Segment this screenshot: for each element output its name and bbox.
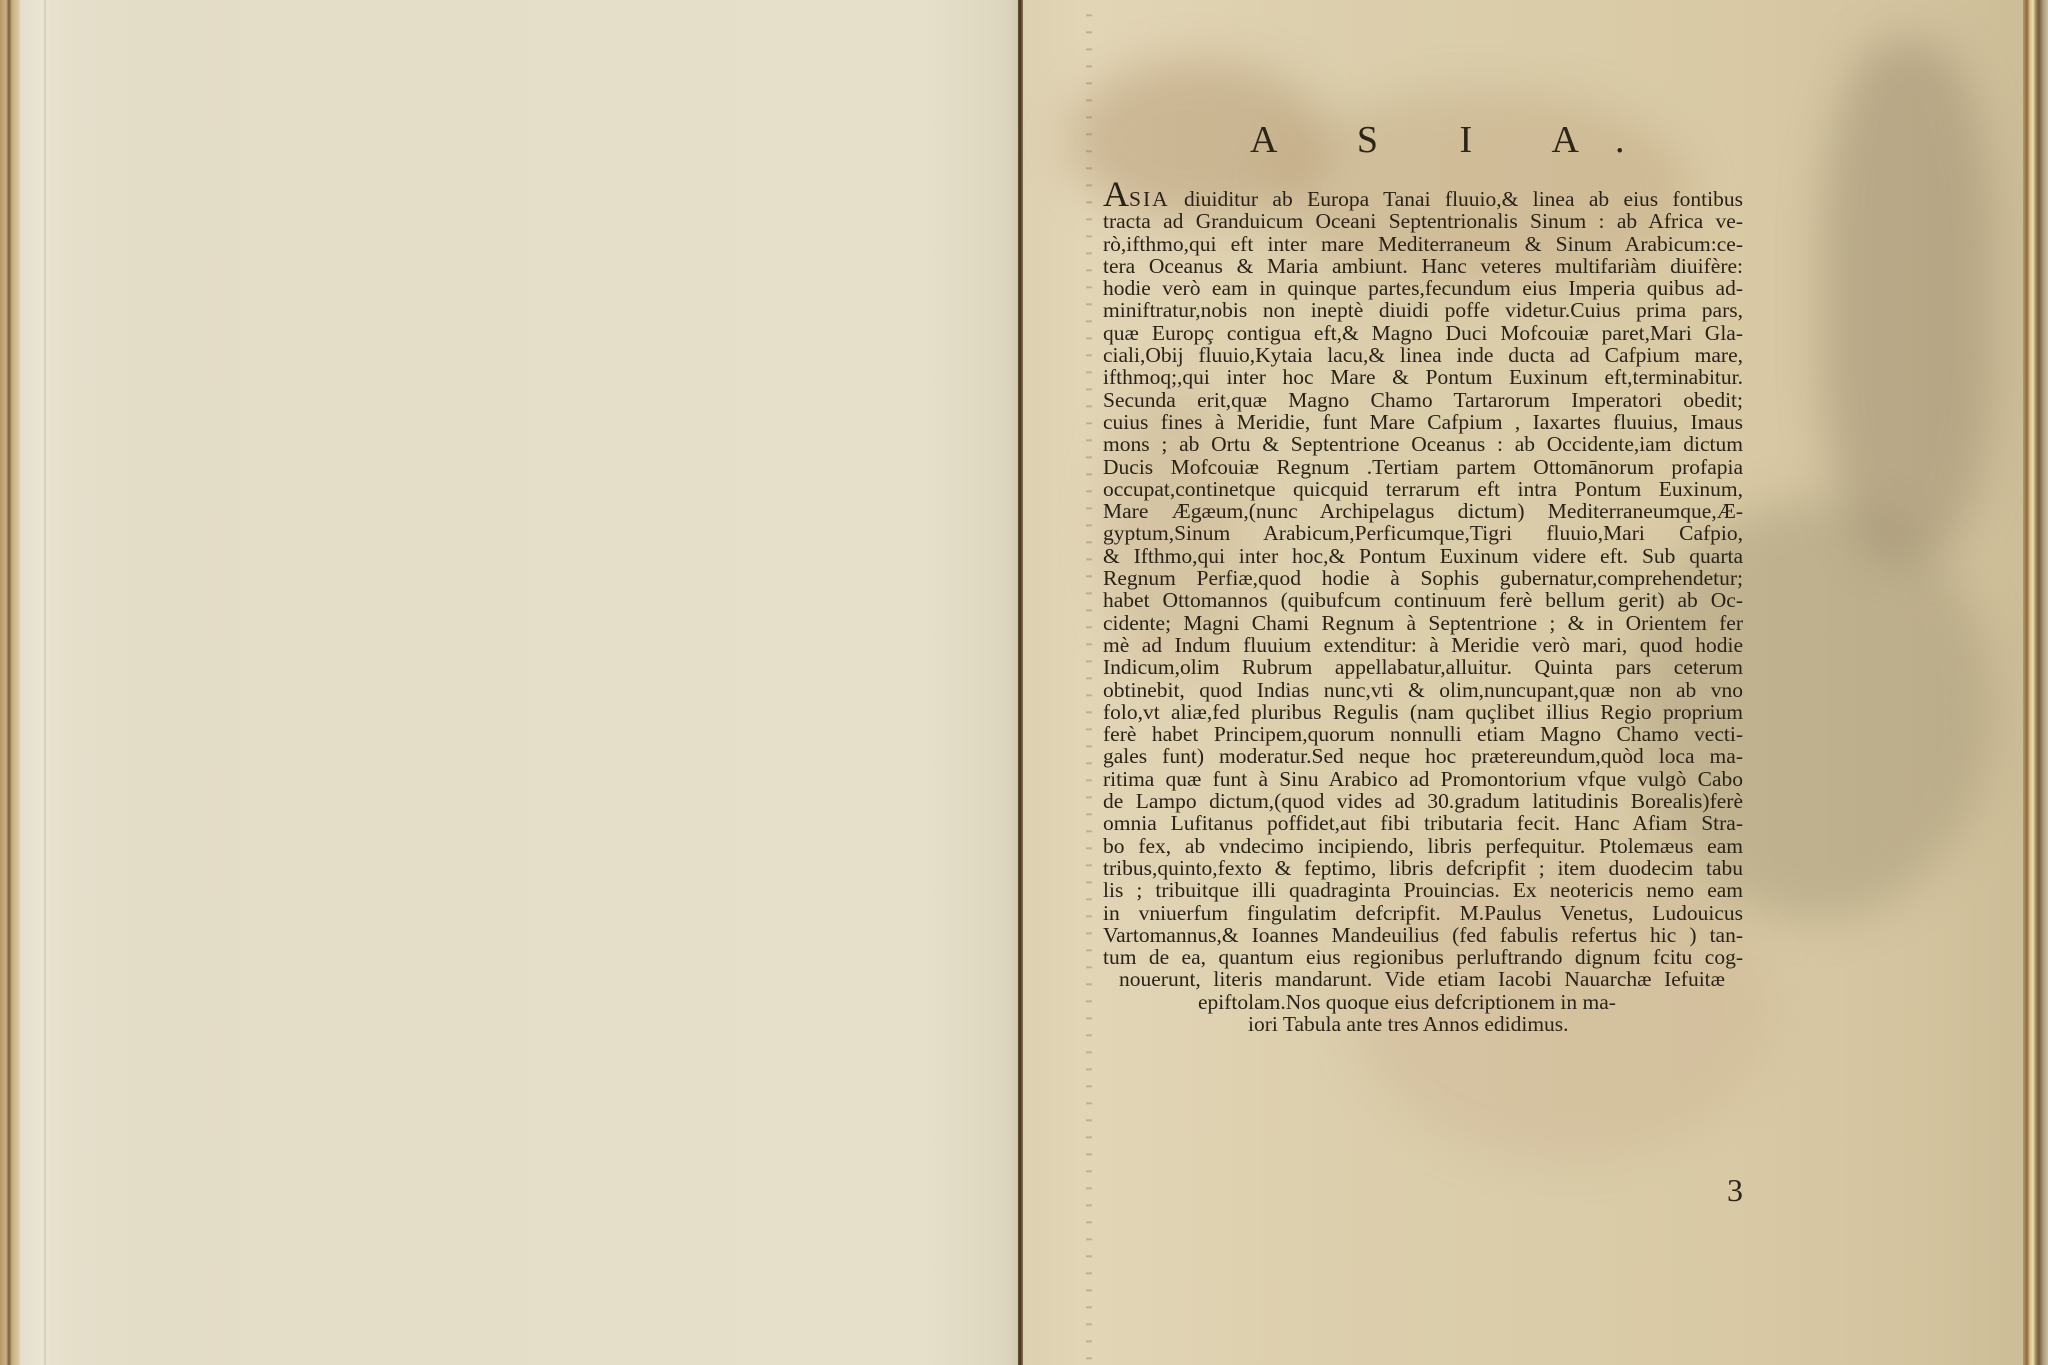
left-page-fold-line [44, 0, 46, 1365]
page-number: 3 [1727, 1172, 1743, 1209]
text-line: miniftratur,nobis non ineptè diuidi poff… [1103, 299, 1743, 321]
text-line: in vniuerfum fingulatim defcripfit. M.Pa… [1103, 902, 1743, 924]
text-line: Indicum,olim Rubrum appellabatur,alluitu… [1103, 656, 1743, 678]
book-edge-left [0, 0, 22, 1365]
page-title: A S I A. [1250, 118, 1550, 168]
text-line: tera Oceanus & Maria ambiunt. Hanc veter… [1103, 255, 1743, 277]
text-line: habet Ottomannos (quibufcum continuum fe… [1103, 589, 1743, 611]
text-line: mons ; ab Ortu & Septentrione Oceanus : … [1103, 433, 1743, 455]
text-line: Secunda erit,quæ Magno Chamo Tartarorum … [1103, 389, 1743, 411]
text-line: cuius fines à Meridie, funt Mare Cafpium… [1103, 411, 1743, 433]
text-line: obtinebit, quod Indias nunc,vti & olim,n… [1103, 679, 1743, 701]
body-text: ASIA diuiditur ab Europa Tanai fluuio,& … [1103, 183, 1743, 1035]
text-line: tum de ea, quantum eius regionibus perlu… [1103, 946, 1743, 968]
text-line: ritima quæ funt à Sinu Arabico ad Promon… [1103, 768, 1743, 790]
text-line: Mare Ægæum,(nunc Archipelagus dictum) Me… [1103, 500, 1743, 522]
text-line: Ducis Mofcouiæ Regnum .Tertiam partem Ot… [1103, 456, 1743, 478]
left-page-blank [22, 0, 1020, 1365]
text-line: ferè habet Principem,quorum nonnulli eti… [1103, 723, 1743, 745]
text-line-content: diuiditur ab Europa Tanai fluuio,& linea… [1170, 187, 1743, 211]
text-line: Vartomannus,& Ioannes Mandeuilius (fed f… [1103, 924, 1743, 946]
text-line: ciali,Obij fluuio,Kytaia lacu,& linea in… [1103, 344, 1743, 366]
book-edge-right [2023, 0, 2048, 1365]
text-line: Regnum Perfiæ,quod hodie à Sophis gubern… [1103, 567, 1743, 589]
text-line: occupat,continetque quicquid terrarum ef… [1103, 478, 1743, 500]
text-line: ifthmoq;,qui inter hoc Mare & Pontum Eux… [1103, 366, 1743, 388]
text-line: rò,ifthmo,qui eft inter mare Mediterrane… [1103, 233, 1743, 255]
lead-word: SIA [1129, 187, 1170, 211]
text-line: hodie verò eam in quinque partes,fecundu… [1103, 277, 1743, 299]
text-line: gyptum,Sinum Arabicum,Perficumque,Tigri … [1103, 522, 1743, 544]
text-line: quæ Europç contigua eft,& Magno Duci Mof… [1103, 322, 1743, 344]
foxing-spots [1086, 0, 1092, 1365]
text-line: gales funt) moderatur.Sed neque hoc præt… [1103, 745, 1743, 767]
text-line: tribus,quinto,fexto & feptimo, libris de… [1103, 857, 1743, 879]
text-line: & Ifthmo,qui inter hoc,& Pontum Euxinum … [1103, 545, 1743, 567]
text-line: iori Tabula ante tres Annos edidimus. [1103, 1013, 1743, 1035]
text-line: de Lampo dictum,(quod vides ad 30.gradum… [1103, 790, 1743, 812]
text-line: omnia Lufitanus poffidet,aut fibi tribut… [1103, 812, 1743, 834]
text-line: mè ad Indum fluuium extenditur: à Meridi… [1103, 634, 1743, 656]
text-line: bo fex, ab vndecimo incipiendo, libris p… [1103, 835, 1743, 857]
text-line: cidente; Magni Chami Regnum à Septentrio… [1103, 612, 1743, 634]
drop-cap: A [1103, 174, 1129, 214]
text-line: folo,vt aliæ,fed pluribus Regulis (nam q… [1103, 701, 1743, 723]
text-line: nouerunt, literis mandarunt. Vide etiam … [1103, 968, 1743, 990]
water-stain [1823, 40, 1993, 560]
text-line: epiftolam.Nos quoque eius defcriptionem … [1103, 991, 1743, 1013]
text-line: lis ; tribuitque illi quadraginta Prouin… [1103, 879, 1743, 901]
text-line: ASIA diuiditur ab Europa Tanai fluuio,& … [1103, 183, 1743, 210]
text-line: tracta ad Granduicum Oceani Septentriona… [1103, 210, 1743, 232]
